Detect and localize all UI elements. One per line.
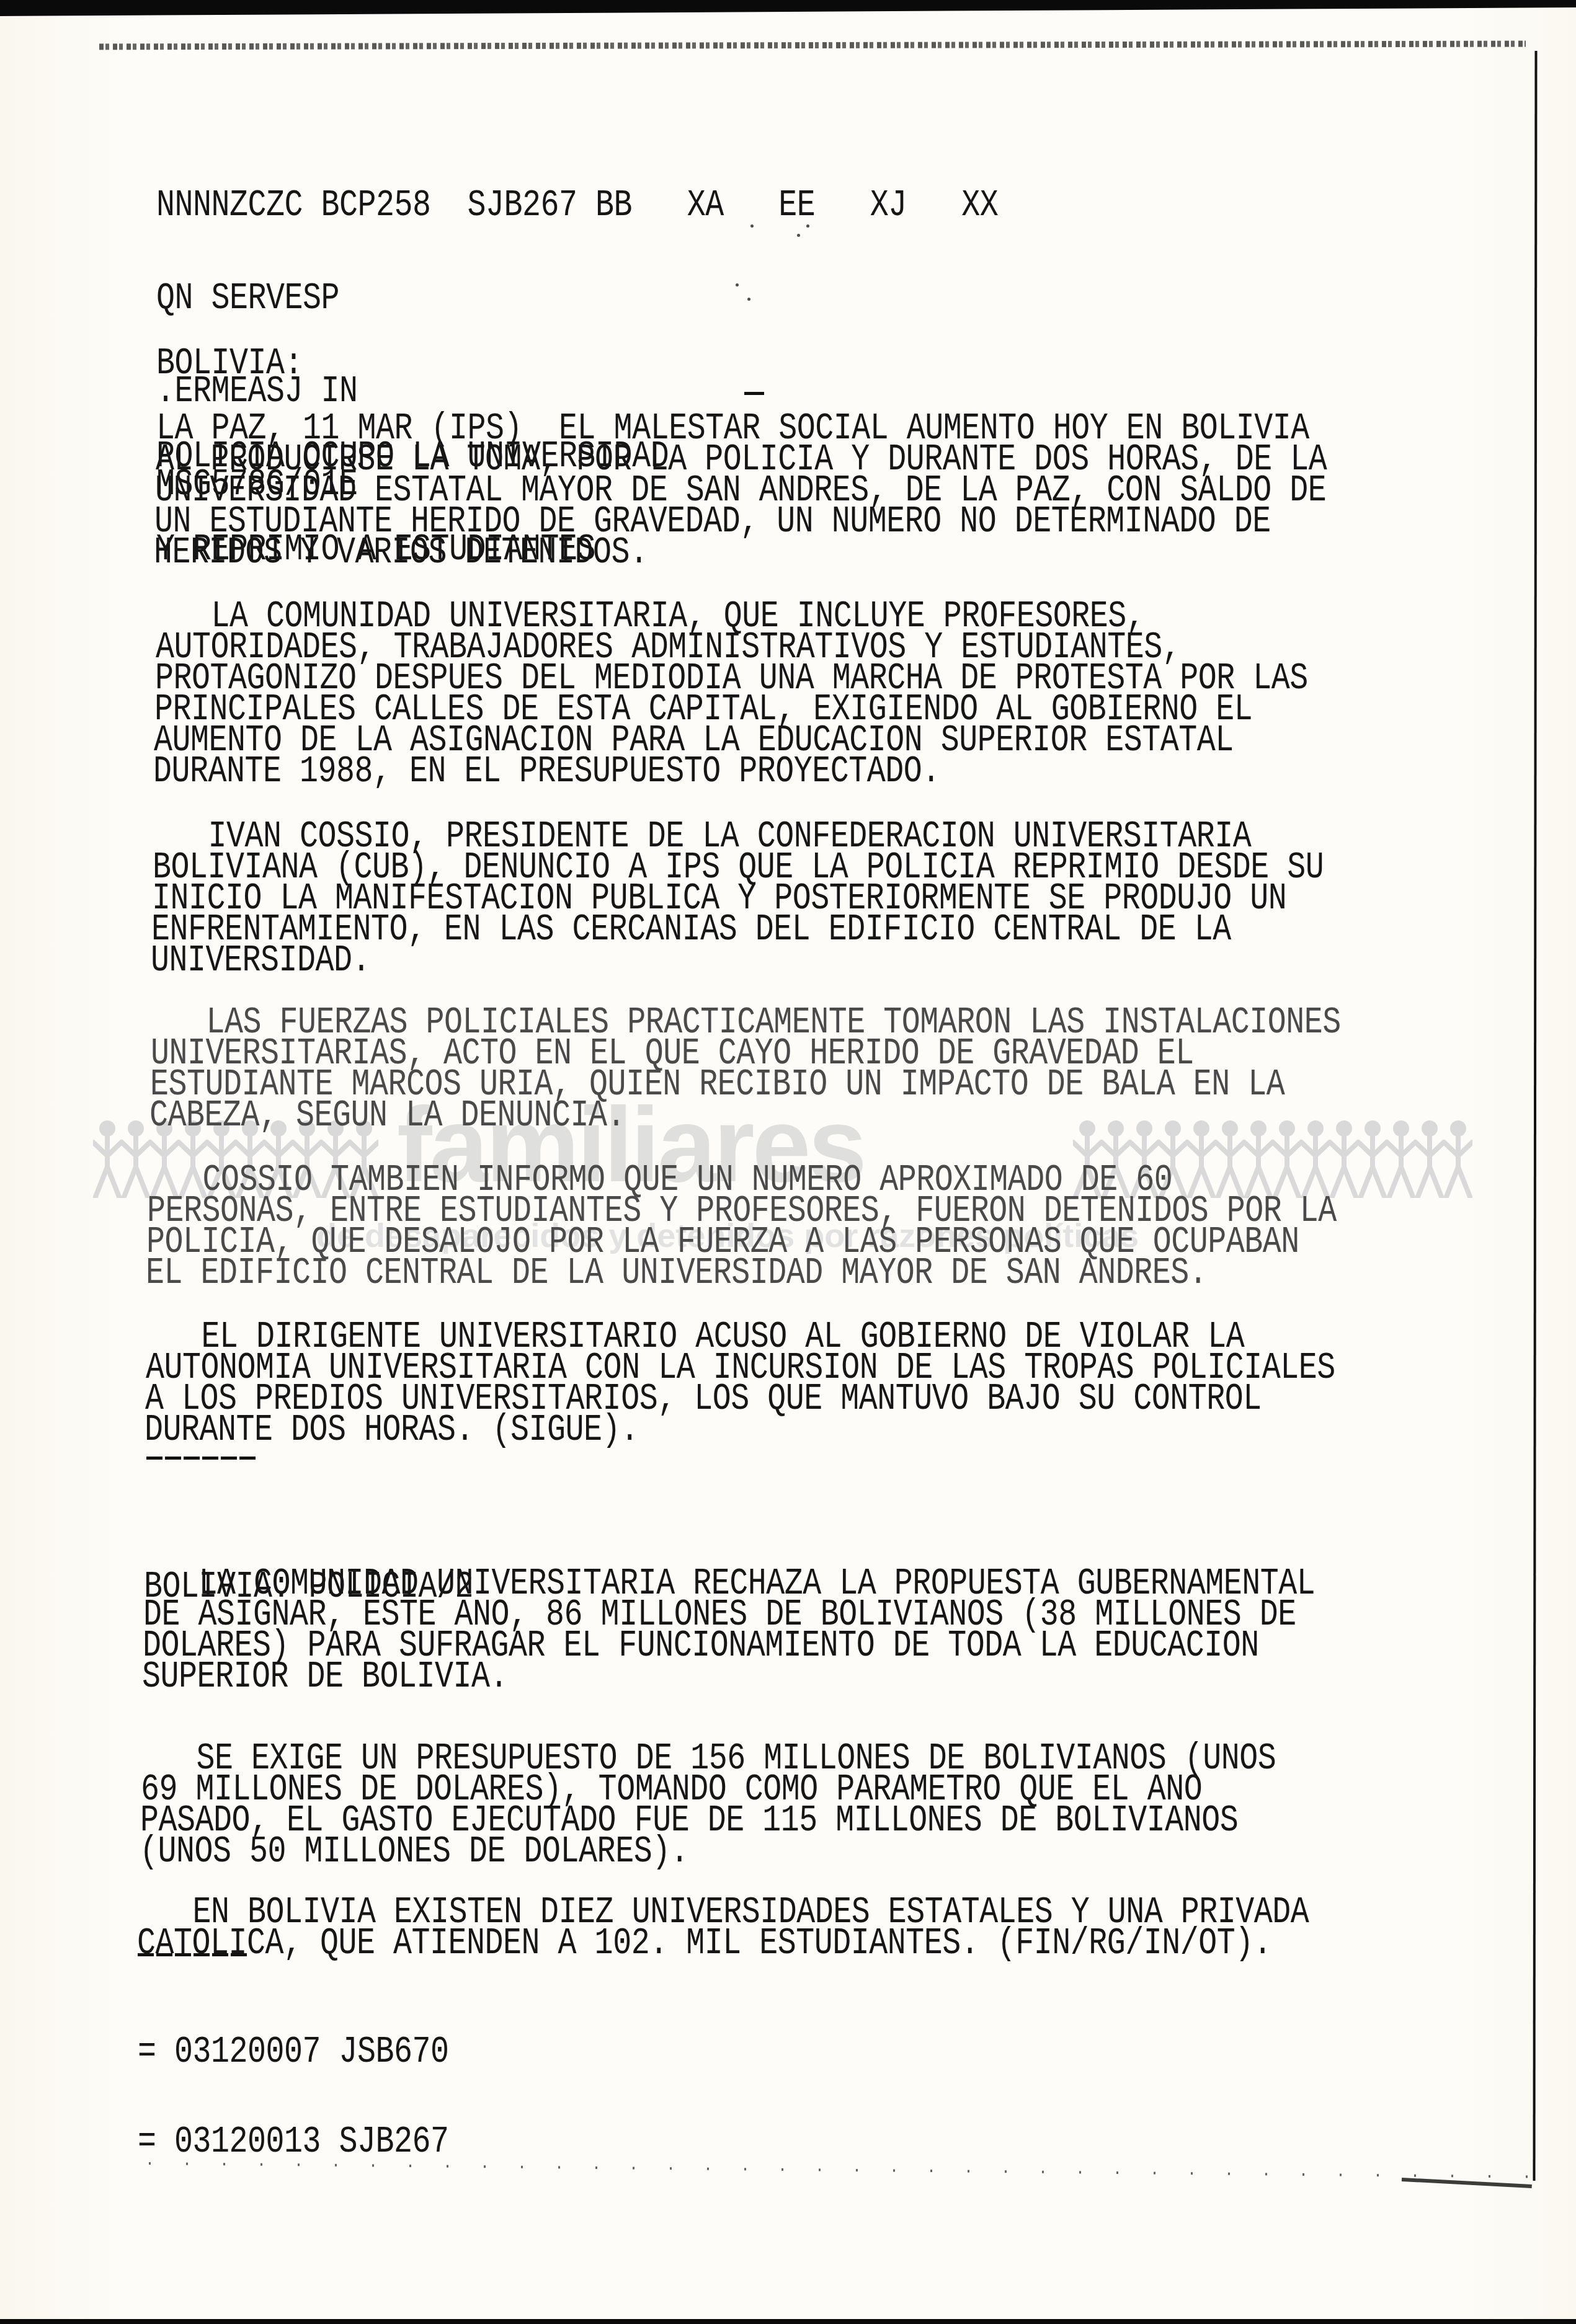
telex-page: familiares de desaparecidos y detenidos …: [0, 7, 1576, 2319]
stamp-text: = 03120013 SJB267: [138, 2124, 449, 2162]
part-1-paragraph: COSSIO TAMBIEN INFORMO QUE UN NUMERO APR…: [148, 1162, 1337, 1286]
part-1-paragraph: IVAN COSSIO, PRESIDENTE DE LA CONFEDERAC…: [153, 818, 1324, 974]
end-rule-part-2: [138, 1953, 247, 1956]
headline-country: BOLIVIA:: [156, 345, 669, 383]
footer-stamp-2: = 03120013 SJB267: [138, 2062, 449, 2217]
part-2-paragraph: LA COMUNIDAD UNIVERSITARIA RECHAZA LA PR…: [144, 1566, 1315, 1690]
paper-doll-icon: [1387, 1117, 1415, 1198]
paragraph-line: HERIDOS Y VARIOS DETENIDOS.: [154, 534, 1327, 572]
part-1-paragraph: LA PAZ, 11 MAR (IPS) EL MALESTAR SOCIAL …: [156, 410, 1327, 565]
paper-doll-icon: [122, 1117, 150, 1198]
paper-doll-icon: [1358, 1117, 1387, 1198]
paragraph-line: DURANTE 1988, EN EL PRESUPUESTO PROYECTA…: [153, 753, 1308, 791]
routing-line: NNNNZCZC BCP258 SJB267 BB XA EE XJ XX: [156, 187, 998, 225]
paragraph-line: CABEZA, SEGUN LA DENUNCIA.: [149, 1098, 1341, 1135]
perforation-top-rule: [99, 41, 1526, 50]
paper-doll-icon: [1415, 1117, 1444, 1198]
part-1-paragraph: LA COMUNIDAD UNIVERSITARIA, QUE INCLUYE …: [156, 598, 1308, 784]
paragraph-line: SUPERIOR DE BOLIVIA.: [142, 1659, 1315, 1696]
paragraph-line: (UNOS 50 MILLONES DE DOLARES).: [140, 1834, 1276, 1871]
part-1-paragraph: LAS FUERZAS POLICIALES PRACTICAMENTE TOM…: [151, 1005, 1341, 1129]
end-rule-part-1: [146, 1457, 256, 1460]
part-2-paragraph: SE EXIGE UN PRESUPUESTO DE 156 MILLONES …: [141, 1741, 1276, 1865]
paragraph-line: UNIVERSIDAD.: [151, 942, 1324, 980]
part-1-paragraph: EL DIRIGENTE UNIVERSITARIO ACUSO AL GOBI…: [146, 1319, 1335, 1443]
paragraph-line: DURANTE DOS HORAS. (SIGUE).: [145, 1412, 1335, 1450]
paragraph-line: EL EDIFICIO CENTRAL DE LA UNIVERSIDAD MA…: [146, 1255, 1337, 1293]
bottom-corner-rule: [1402, 2178, 1532, 2188]
part-2-paragraph: EN BOLIVIA EXISTEN DIEZ UNIVERSIDADES ES…: [138, 1894, 1309, 1956]
paper-doll-icon: [1444, 1117, 1472, 1198]
paragraph-line: CATOLICA, QUE ATIENDEN A 102. MIL ESTUDI…: [137, 1925, 1309, 1963]
paper-doll-icon: [93, 1117, 122, 1198]
right-margin-rule: [1533, 51, 1538, 2181]
